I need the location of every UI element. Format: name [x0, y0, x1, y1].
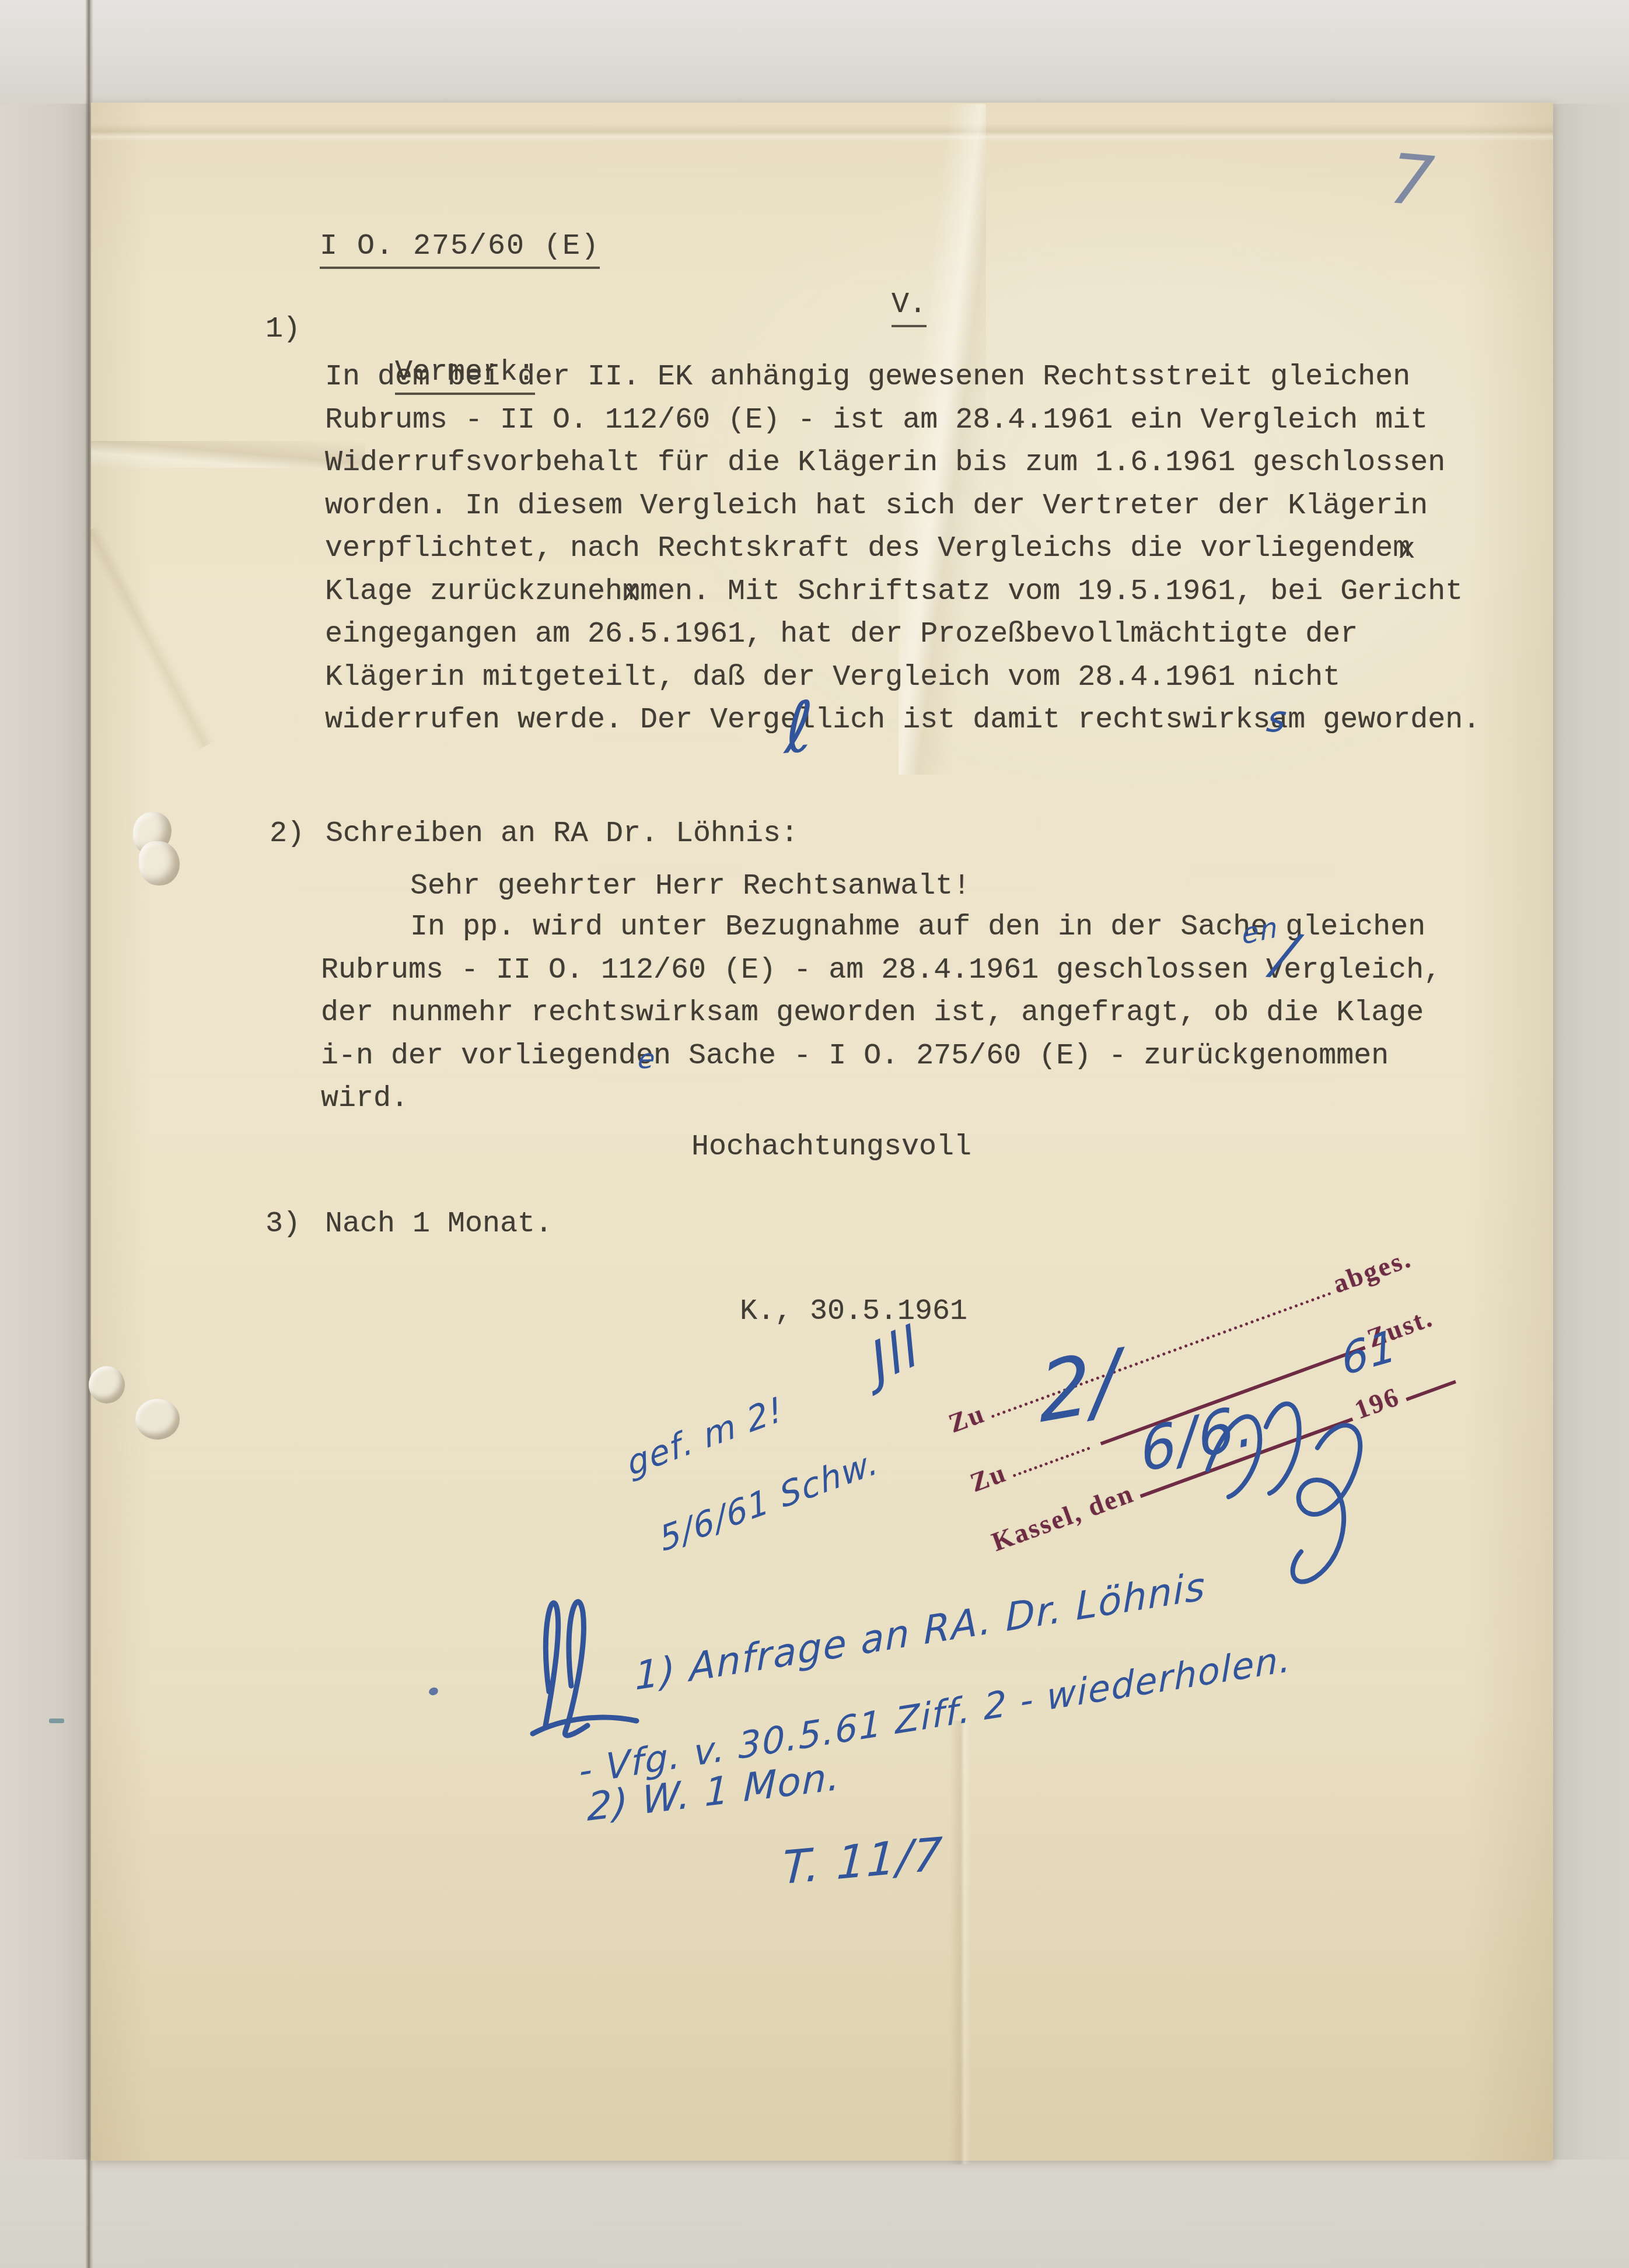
backing-paper-right	[1552, 0, 1629, 2268]
overstrike-x-2: x	[622, 576, 641, 610]
letter-salutation: Sehr geehrter Herr Rechtsanwalt!	[410, 865, 970, 908]
typed-line: i-n der vorliegenden Sache - I O. 275/60…	[321, 1035, 1441, 1078]
ink-speck	[49, 1718, 64, 1723]
backing-paper-left	[0, 0, 88, 2268]
paraph-monogram	[522, 1575, 645, 1750]
item-3-number: 3)	[265, 1203, 300, 1246]
typed-line: verpflichtet, nach Rechtskraft des Vergl…	[325, 527, 1480, 570]
typed-line: wird.	[321, 1077, 1441, 1121]
page-number: 7	[1386, 138, 1438, 222]
scanned-document-scene: I O. 275/60 (E) V. 1) Vermerk: In dem be…	[0, 0, 1629, 2268]
item-1-number: 1)	[265, 308, 300, 351]
item-2-title: Schreiben an RA Dr. Löhnis:	[326, 813, 798, 856]
typed-line: eingegangen am 26.5.1961, hat der Prozeß…	[325, 613, 1480, 656]
typed-line: Widerrufsvorbehalt für die Klägerin bis …	[325, 442, 1480, 485]
correction-l: ℓ	[784, 685, 816, 770]
typed-line: Klage zurückzunehmmen. Mit Schriftsatz v…	[325, 570, 1480, 614]
letter-closing: Hochachtungsvoll	[691, 1126, 971, 1169]
typed-line: worden. In diesem Vergleich hat sich der…	[325, 485, 1480, 528]
stamp-note-zu: 2/	[1037, 1332, 1121, 1442]
overstrike-x-1: x	[1398, 534, 1417, 567]
typed-line: Klägerin mitgeteilt, daß der Vergleich v…	[325, 656, 1480, 699]
item-2-number: 2)	[270, 813, 305, 856]
punch-hole-top	[89, 1366, 125, 1403]
typed-line: der nunmehr rechtswirksam geworden ist, …	[321, 992, 1441, 1035]
typed-line: Rubrums - II O. 112/60 (E) - ist am 28.4…	[325, 399, 1480, 442]
backing-paper-bottom	[0, 2159, 1629, 2268]
typed-line: In dem bei der II. EK anhängig gewesenen…	[325, 356, 1480, 399]
dateline: K., 30.5.1961	[740, 1290, 967, 1333]
case-number: I O. 275/60 (E)	[245, 182, 600, 311]
typed-line: widerrufen werde. Der Vergellich ist dam…	[325, 699, 1480, 742]
vermerk-paragraph: In dem bei der II. EK anhängig gewesenen…	[325, 356, 1480, 742]
paper-tear	[139, 841, 180, 885]
backing-paper-top	[0, 0, 1629, 104]
punch-hole-bottom	[135, 1399, 180, 1440]
section-heading: V.	[822, 240, 927, 369]
item-3-title: Nach 1 Monat.	[325, 1203, 553, 1246]
